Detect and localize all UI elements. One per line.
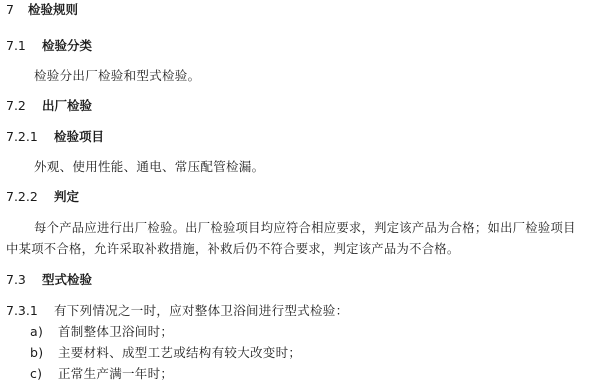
list-text: 首制整体卫浴间时； bbox=[58, 324, 173, 339]
section-number: 7 bbox=[6, 2, 28, 18]
list-label: a) bbox=[30, 324, 58, 340]
list-item-a: a)首制整体卫浴间时； bbox=[30, 324, 173, 340]
heading-7-3: 7.3型式检验 bbox=[6, 272, 92, 288]
list-text: 主要材料、成型工艺或结构有较大改变时； bbox=[58, 345, 301, 360]
section-title: 型式检验 bbox=[42, 272, 92, 287]
section-number: 7.2.1 bbox=[6, 129, 54, 145]
heading-7: 7检验规则 bbox=[6, 2, 78, 18]
section-number: 7.3 bbox=[6, 272, 42, 288]
paragraph-7-2-2-line1: 每个产品应进行出厂检验。出厂检验项目均应符合相应要求，判定该产品为合格；如出厂检… bbox=[34, 220, 576, 236]
paragraph-7-2-2-line2: 中某项不合格，允许采取补救措施，补救后仍不符合要求，判定该产品为不合格。 bbox=[6, 241, 460, 257]
section-number: 7.1 bbox=[6, 38, 42, 54]
list-item-b: b)主要材料、成型工艺或结构有较大改变时； bbox=[30, 345, 301, 361]
heading-7-2-1: 7.2.1检验项目 bbox=[6, 129, 104, 145]
section-title: 出厂检验 bbox=[42, 98, 92, 113]
section-title: 检验分类 bbox=[42, 38, 92, 53]
paragraph-7-1: 检验分出厂检验和型式检验。 bbox=[34, 68, 200, 84]
clause-7-3-1: 7.3.1有下列情况之一时，应对整体卫浴间进行型式检验： bbox=[6, 303, 348, 319]
section-number: 7.2.2 bbox=[6, 189, 54, 205]
section-number: 7.2 bbox=[6, 98, 42, 114]
section-title: 检验规则 bbox=[28, 2, 78, 17]
heading-7-1: 7.1检验分类 bbox=[6, 38, 92, 54]
clause-text: 有下列情况之一时，应对整体卫浴间进行型式检验： bbox=[54, 303, 348, 318]
section-title: 检验项目 bbox=[54, 129, 104, 144]
heading-7-2-2: 7.2.2判定 bbox=[6, 189, 79, 205]
section-number: 7.3.1 bbox=[6, 303, 54, 319]
list-item-c: c)正常生产满一年时； bbox=[30, 366, 173, 382]
list-label: c) bbox=[30, 366, 58, 382]
list-label: b) bbox=[30, 345, 58, 361]
paragraph-7-2-1: 外观、使用性能、通电、常压配管检漏。 bbox=[34, 159, 264, 175]
list-text: 正常生产满一年时； bbox=[58, 366, 173, 381]
section-title: 判定 bbox=[54, 189, 79, 204]
heading-7-2: 7.2出厂检验 bbox=[6, 98, 92, 114]
